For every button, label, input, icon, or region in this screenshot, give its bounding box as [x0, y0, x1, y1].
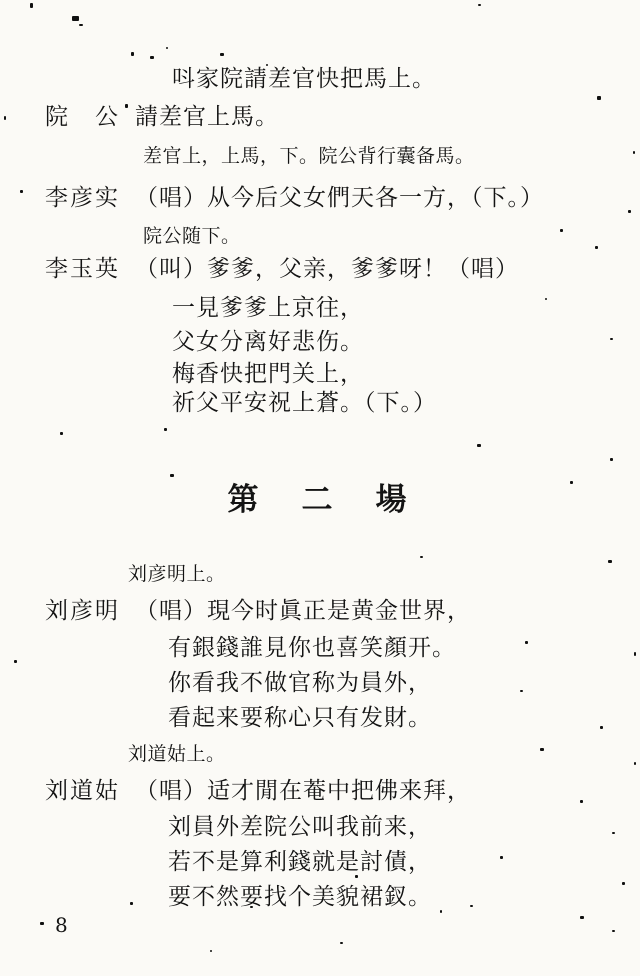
- scan-speck: [612, 832, 615, 834]
- scan-speck: [610, 338, 613, 340]
- scan-speck: [525, 641, 528, 644]
- scan-speck: [628, 210, 631, 213]
- scan-speck: [477, 444, 481, 447]
- lyric-line: 一見爹爹上京往，: [172, 289, 364, 322]
- scan-speck: [560, 229, 563, 232]
- lyric-line: 看起来要称心只有发財。: [168, 699, 432, 732]
- scan-speck: [595, 246, 598, 249]
- scan-speck: [545, 298, 547, 300]
- scanned-script-page: 呌家院請差官快把馬上。 院 公請差官上馬。 差官上，上馬，下。院公背行囊备馬。 …: [0, 0, 640, 976]
- lyric-line: 祈父平安祝上蒼。（下。）: [172, 384, 437, 417]
- speech-text: 請差官上馬。: [135, 98, 279, 131]
- scan-speck: [130, 902, 133, 905]
- scan-speck: [79, 24, 83, 26]
- dialogue-row: 院 公請差官上馬。: [45, 98, 279, 131]
- scan-speck: [520, 690, 523, 692]
- scan-speck: [131, 52, 134, 56]
- scan-speck: [20, 190, 23, 193]
- scan-speck: [150, 56, 154, 59]
- scan-speck: [597, 96, 601, 100]
- lyric-line: 呌家院請差官快把馬上。: [172, 60, 436, 93]
- scan-speck: [440, 910, 442, 913]
- scan-speck: [420, 556, 423, 558]
- scan-speck: [634, 762, 636, 765]
- lyric-line: 若不是算利錢就是討債，: [168, 843, 432, 876]
- scan-speck: [72, 16, 79, 21]
- scan-speck: [580, 800, 583, 803]
- scan-speck: [634, 652, 636, 656]
- speech-text: （唱）从今后父女們天各一方，（下。）: [135, 179, 544, 212]
- scan-speck: [166, 47, 168, 49]
- scan-speck: [470, 905, 473, 907]
- page-number: 8: [55, 913, 68, 937]
- speech-text: （唱）現今时眞正是黄金世界，: [135, 592, 471, 625]
- dialogue-row: 李玉英（叫）爹爹，父亲，爹爹呀！（唱）: [45, 250, 519, 283]
- lyric-line: 父女分离好悲伤。: [172, 323, 364, 356]
- scan-speck: [478, 4, 481, 6]
- stage-direction: 刘彦明上。: [128, 559, 226, 586]
- scan-speck: [608, 560, 612, 563]
- speaker-name: 刘彦明: [45, 592, 135, 625]
- stage-direction: 刘道姑上。: [128, 739, 226, 766]
- stage-direction: 院公随下。: [143, 221, 241, 248]
- scan-speck: [210, 950, 212, 952]
- scan-speck: [220, 53, 224, 56]
- scan-speck: [164, 428, 167, 431]
- lyric-line: 要不然要找个美貌裙釵。: [168, 878, 432, 911]
- scan-speck: [612, 930, 615, 932]
- speaker-name: 刘道姑: [45, 772, 135, 805]
- scan-speck: [610, 458, 613, 461]
- dialogue-row: 李彦实（唱）从今后父女們天各一方，（下。）: [45, 179, 544, 212]
- speech-text: （叫）爹爹，父亲，爹爹呀！（唱）: [135, 250, 519, 283]
- dialogue-row: 刘彦明（唱）現今时眞正是黄金世界，: [45, 592, 471, 625]
- speech-text: （唱）适才閒在菴中把佛来拜，: [135, 772, 471, 805]
- speaker-name: 院 公: [45, 98, 135, 131]
- scan-speck: [30, 3, 33, 8]
- scan-speck: [60, 432, 63, 435]
- dialogue-row: 刘道姑（唱）适才閒在菴中把佛来拜，: [45, 772, 471, 805]
- scan-speck: [40, 922, 44, 925]
- speaker-name: 李彦实: [45, 179, 135, 212]
- scan-speck: [500, 856, 503, 859]
- lyric-line: 有銀錢誰見你也喜笑顏开。: [168, 629, 456, 662]
- scan-speck: [14, 660, 17, 663]
- scan-speck: [633, 151, 635, 154]
- scan-speck: [340, 942, 343, 944]
- scene-heading: 第 二 場: [0, 474, 640, 519]
- lyric-line: 你看我不做官称为員外，: [168, 664, 432, 697]
- scan-speck: [540, 748, 544, 751]
- scan-speck: [4, 116, 6, 120]
- scan-speck: [580, 916, 584, 919]
- speaker-name: 李玉英: [45, 250, 135, 283]
- stage-direction: 差官上，上馬，下。院公背行囊备馬。: [143, 141, 475, 168]
- scan-speck: [600, 726, 603, 729]
- lyric-line: 刘員外差院公叫我前来，: [168, 808, 432, 841]
- scan-speck: [622, 882, 625, 885]
